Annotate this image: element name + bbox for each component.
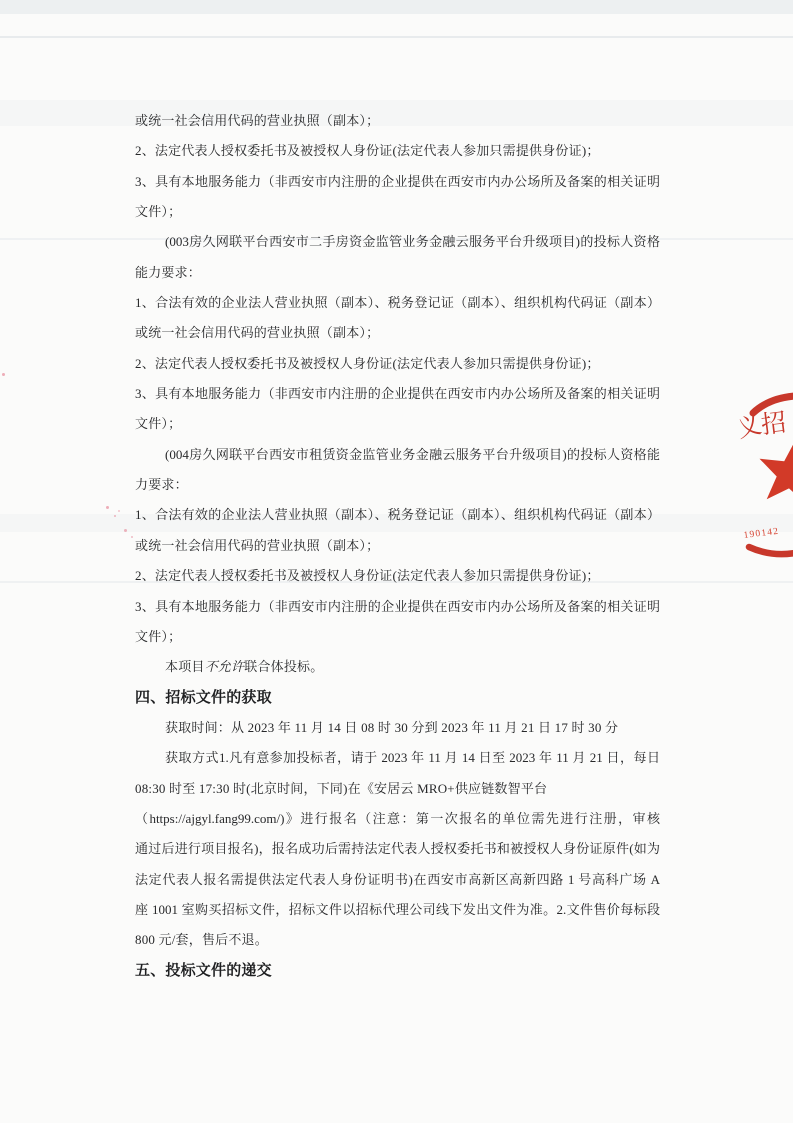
text-line: 获取时间：从 2023 年 11 月 14 日 08 时 30 分到 2023 … xyxy=(135,713,660,743)
joint-venture-emphasis: 不允许 xyxy=(205,659,245,674)
text-line: 2、法定代表人授权委托书及被授权人身份证(法定代表人参加只需提供身份证)； xyxy=(135,136,660,166)
text-line: 或统一社会信用代码的营业执照（副本）； xyxy=(135,106,660,136)
text-line: 文件）； xyxy=(135,409,660,439)
text-line: 能力要求： xyxy=(135,258,660,288)
text-line: 1、合法有效的企业法人营业执照（副本）、税务登记证（副本）、组织机构代码证（副本… xyxy=(135,500,660,530)
text-line: 获取方式1.凡有意参加投标者，请于 2023 年 11 月 14 日至 2023… xyxy=(135,743,660,773)
text-line: (003房久网联平台西安市二手房资金监管业务金融云服务平台升级项目)的投标人资格 xyxy=(135,227,660,257)
text-line: 力要求： xyxy=(135,470,660,500)
joint-venture-note: 本项目不允许联合体投标。 xyxy=(135,652,660,682)
stamp-serial-number: 190142 xyxy=(743,527,780,541)
section-heading-submission: 五、投标文件的递交 xyxy=(135,956,660,986)
text-line: 3、具有本地服务能力（非西安市内注册的企业提供在西安市内办公场所及备案的相关证明 xyxy=(135,592,660,622)
text-line: 或统一社会信用代码的营业执照（副本）； xyxy=(135,531,660,561)
text-line: 2、法定代表人授权委托书及被授权人身份证(法定代表人参加只需提供身份证)； xyxy=(135,349,660,379)
joint-venture-suffix: 联合体投标。 xyxy=(244,659,323,674)
text-line: 08:30 时至 17:30 时(北京时间，下同)在《安居云 MRO+供应链数智… xyxy=(135,774,660,804)
joint-venture-prefix: 本项目 xyxy=(165,659,205,674)
text-line: 座 1001 室购买招标文件，招标文件以招标代理公司线下发出文件为准。2.文件售… xyxy=(135,895,660,925)
scan-speckle xyxy=(131,536,133,538)
scan-speckle xyxy=(2,373,5,376)
text-line: 文件）； xyxy=(135,622,660,652)
text-line: (004房久网联平台西安市租赁资金监管业务金融云服务平台升级项目)的投标人资格能 xyxy=(135,440,660,470)
text-line: 文件）； xyxy=(135,197,660,227)
stamp-character: 招 xyxy=(760,409,788,440)
document-body: 或统一社会信用代码的营业执照（副本）； 2、法定代表人授权委托书及被授权人身份证… xyxy=(135,106,660,986)
text-line: 或统一社会信用代码的营业执照（副本）； xyxy=(135,318,660,348)
text-line: 3、具有本地服务能力（非西安市内注册的企业提供在西安市内办公场所及备案的相关证明 xyxy=(135,167,660,197)
scan-speckle xyxy=(106,506,109,509)
scan-band xyxy=(0,0,793,14)
scan-speckle xyxy=(124,529,127,532)
scan-band xyxy=(0,36,793,38)
text-line: 法定代表人报名需提供法定代表人身份证明书)在西安市高新区高新四路 1 号高科广场… xyxy=(135,865,660,895)
scan-speckle xyxy=(118,510,120,512)
text-line: （https://ajgyl.fang99.com/)》进行报名（注意：第一次报… xyxy=(135,804,660,834)
text-line: 800 元/套，售后不退。 xyxy=(135,925,660,955)
text-line: 1、合法有效的企业法人营业执照（副本）、税务登记证（副本）、组织机构代码证（副本… xyxy=(135,288,660,318)
text-line: 2、法定代表人授权委托书及被授权人身份证(法定代表人参加只需提供身份证)； xyxy=(135,561,660,591)
scanned-document-page: { "page": { "background_color": "#fbfbfa… xyxy=(0,0,793,1123)
text-line: 3、具有本地服务能力（非西安市内注册的企业提供在西安市内办公场所及备案的相关证明 xyxy=(135,379,660,409)
section-heading-acquisition: 四、招标文件的获取 xyxy=(135,683,660,713)
official-stamp: 义 招 190142 xyxy=(733,372,793,564)
text-line: 通过后进行项目报名)，报名成功后需持法定代表人授权委托书和被授权人身份证原件(如… xyxy=(135,834,660,864)
stamp-bottom-arc xyxy=(749,547,793,554)
stamp-star-icon xyxy=(760,439,793,505)
scan-speckle xyxy=(114,515,116,517)
